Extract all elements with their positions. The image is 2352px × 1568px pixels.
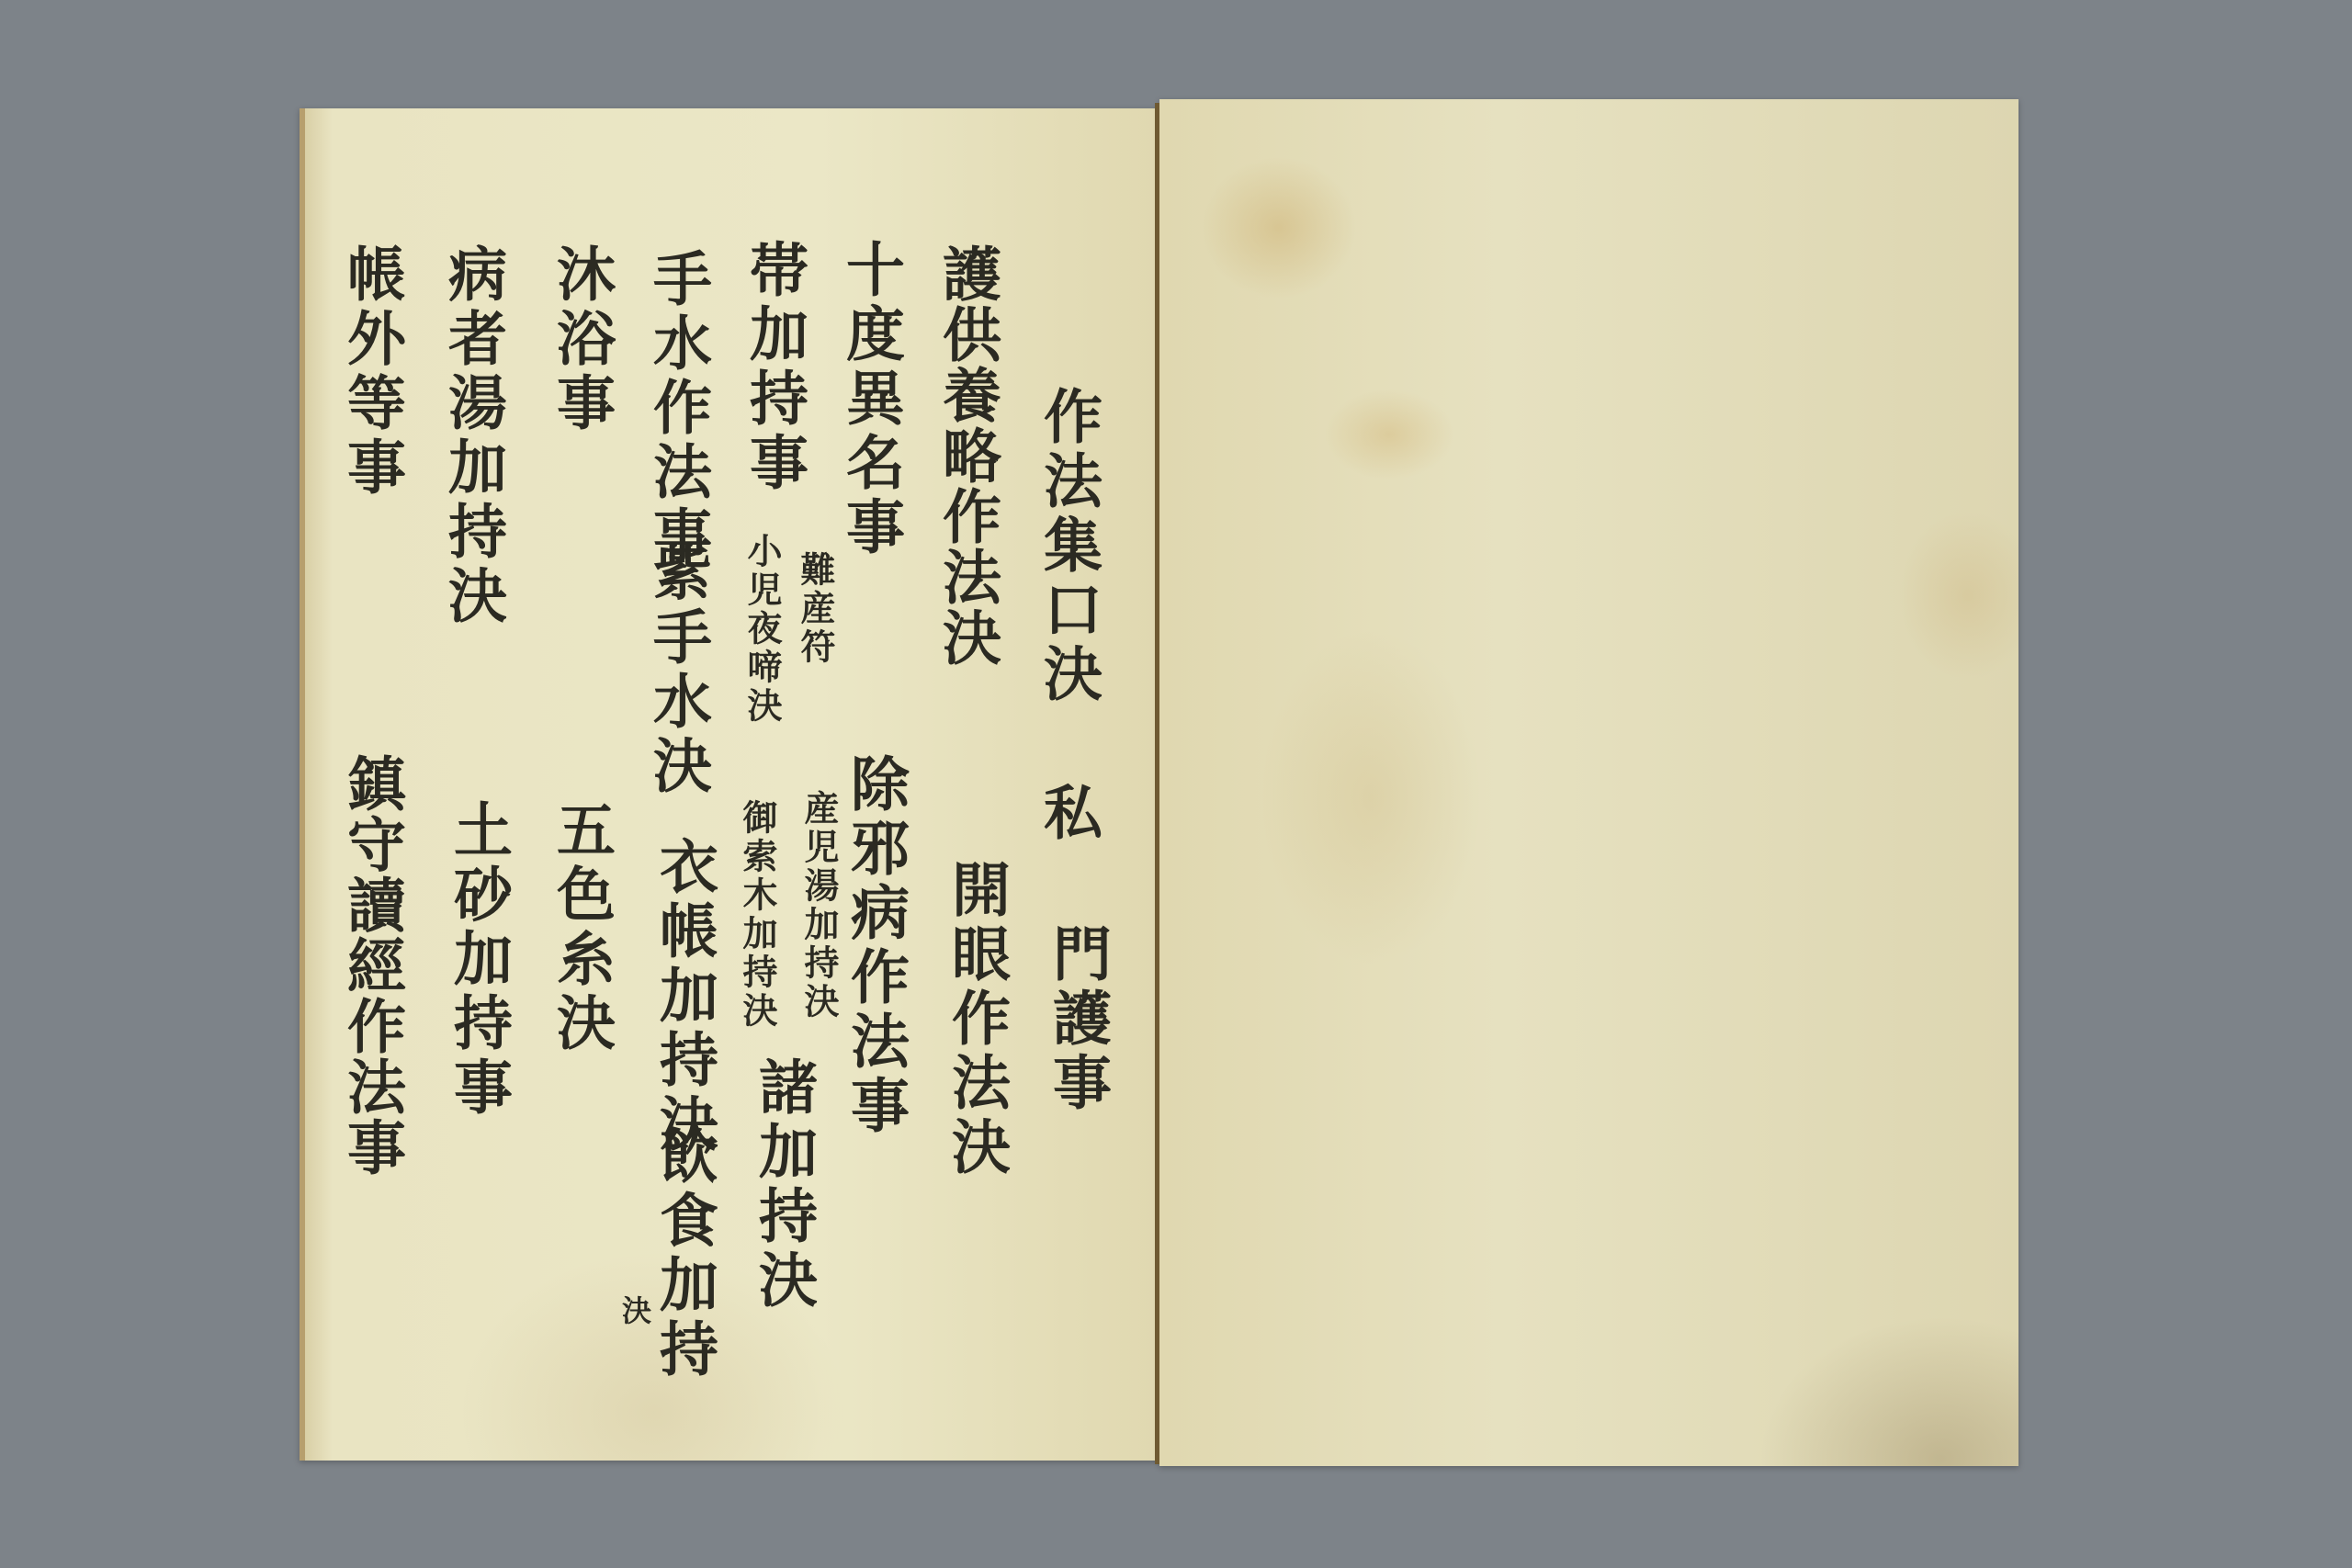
toc-entry-onjiki: 飲食加持 xyxy=(654,1125,713,1382)
toc-entry-gokuyo: 護供養略作法決 xyxy=(937,243,996,668)
title-column: 作法集口決 私 xyxy=(1038,386,1097,846)
toc-note-nanzanfu: 難産符 xyxy=(797,551,832,667)
left-page xyxy=(300,108,1161,1461)
toc-entry-monmo: 門護事 xyxy=(1047,923,1106,1116)
toc-entry-mokuyoku: 沐浴事 xyxy=(551,243,610,436)
right-page-blank xyxy=(1159,99,2018,1466)
toc-entry-goshiki: 五色糸決 xyxy=(551,799,610,1056)
toc-entry-byoja: 病者湯加持決 xyxy=(443,243,502,629)
toc-note-shoni: 小児夜啼決 xyxy=(744,533,779,726)
toc-entry-judo: 十度異名事 xyxy=(841,239,899,560)
toc-entry-chozu: 手水作法事 xyxy=(648,248,707,570)
toc-entry-chinju: 鎮守讀經作法事 xyxy=(342,753,401,1178)
toc-entry-obi: 帯加持事 xyxy=(744,239,803,496)
book-spine xyxy=(1155,103,1159,1464)
open-book: 作法集口決 私 門護事 護供養略作法決 開眼作法決 十度異名事 難産符 除邪病作… xyxy=(0,0,2352,1568)
toc-entry-dosha: 土砂加持事 xyxy=(448,799,507,1121)
toc-entry-chogai: 帳外等事 xyxy=(342,243,401,501)
toc-entry-ichokaji: 衣帳加持決 xyxy=(654,836,713,1157)
toc-entry-kaigen: 開眼作法決 xyxy=(946,859,1005,1180)
toc-note-sanjito: 産児湯加持決 xyxy=(801,790,836,1021)
toc-note-osakuki: 御索木加持決 xyxy=(740,799,775,1031)
toc-entry-shokaji: 諸加持決 xyxy=(753,1056,812,1314)
toc-entry-murasaki-chozu: 紫手水決 xyxy=(648,542,707,799)
toc-entry-jojabyo: 除邪病作法事 xyxy=(845,753,904,1139)
toc-note-ketsu: 決 xyxy=(620,1295,650,1330)
